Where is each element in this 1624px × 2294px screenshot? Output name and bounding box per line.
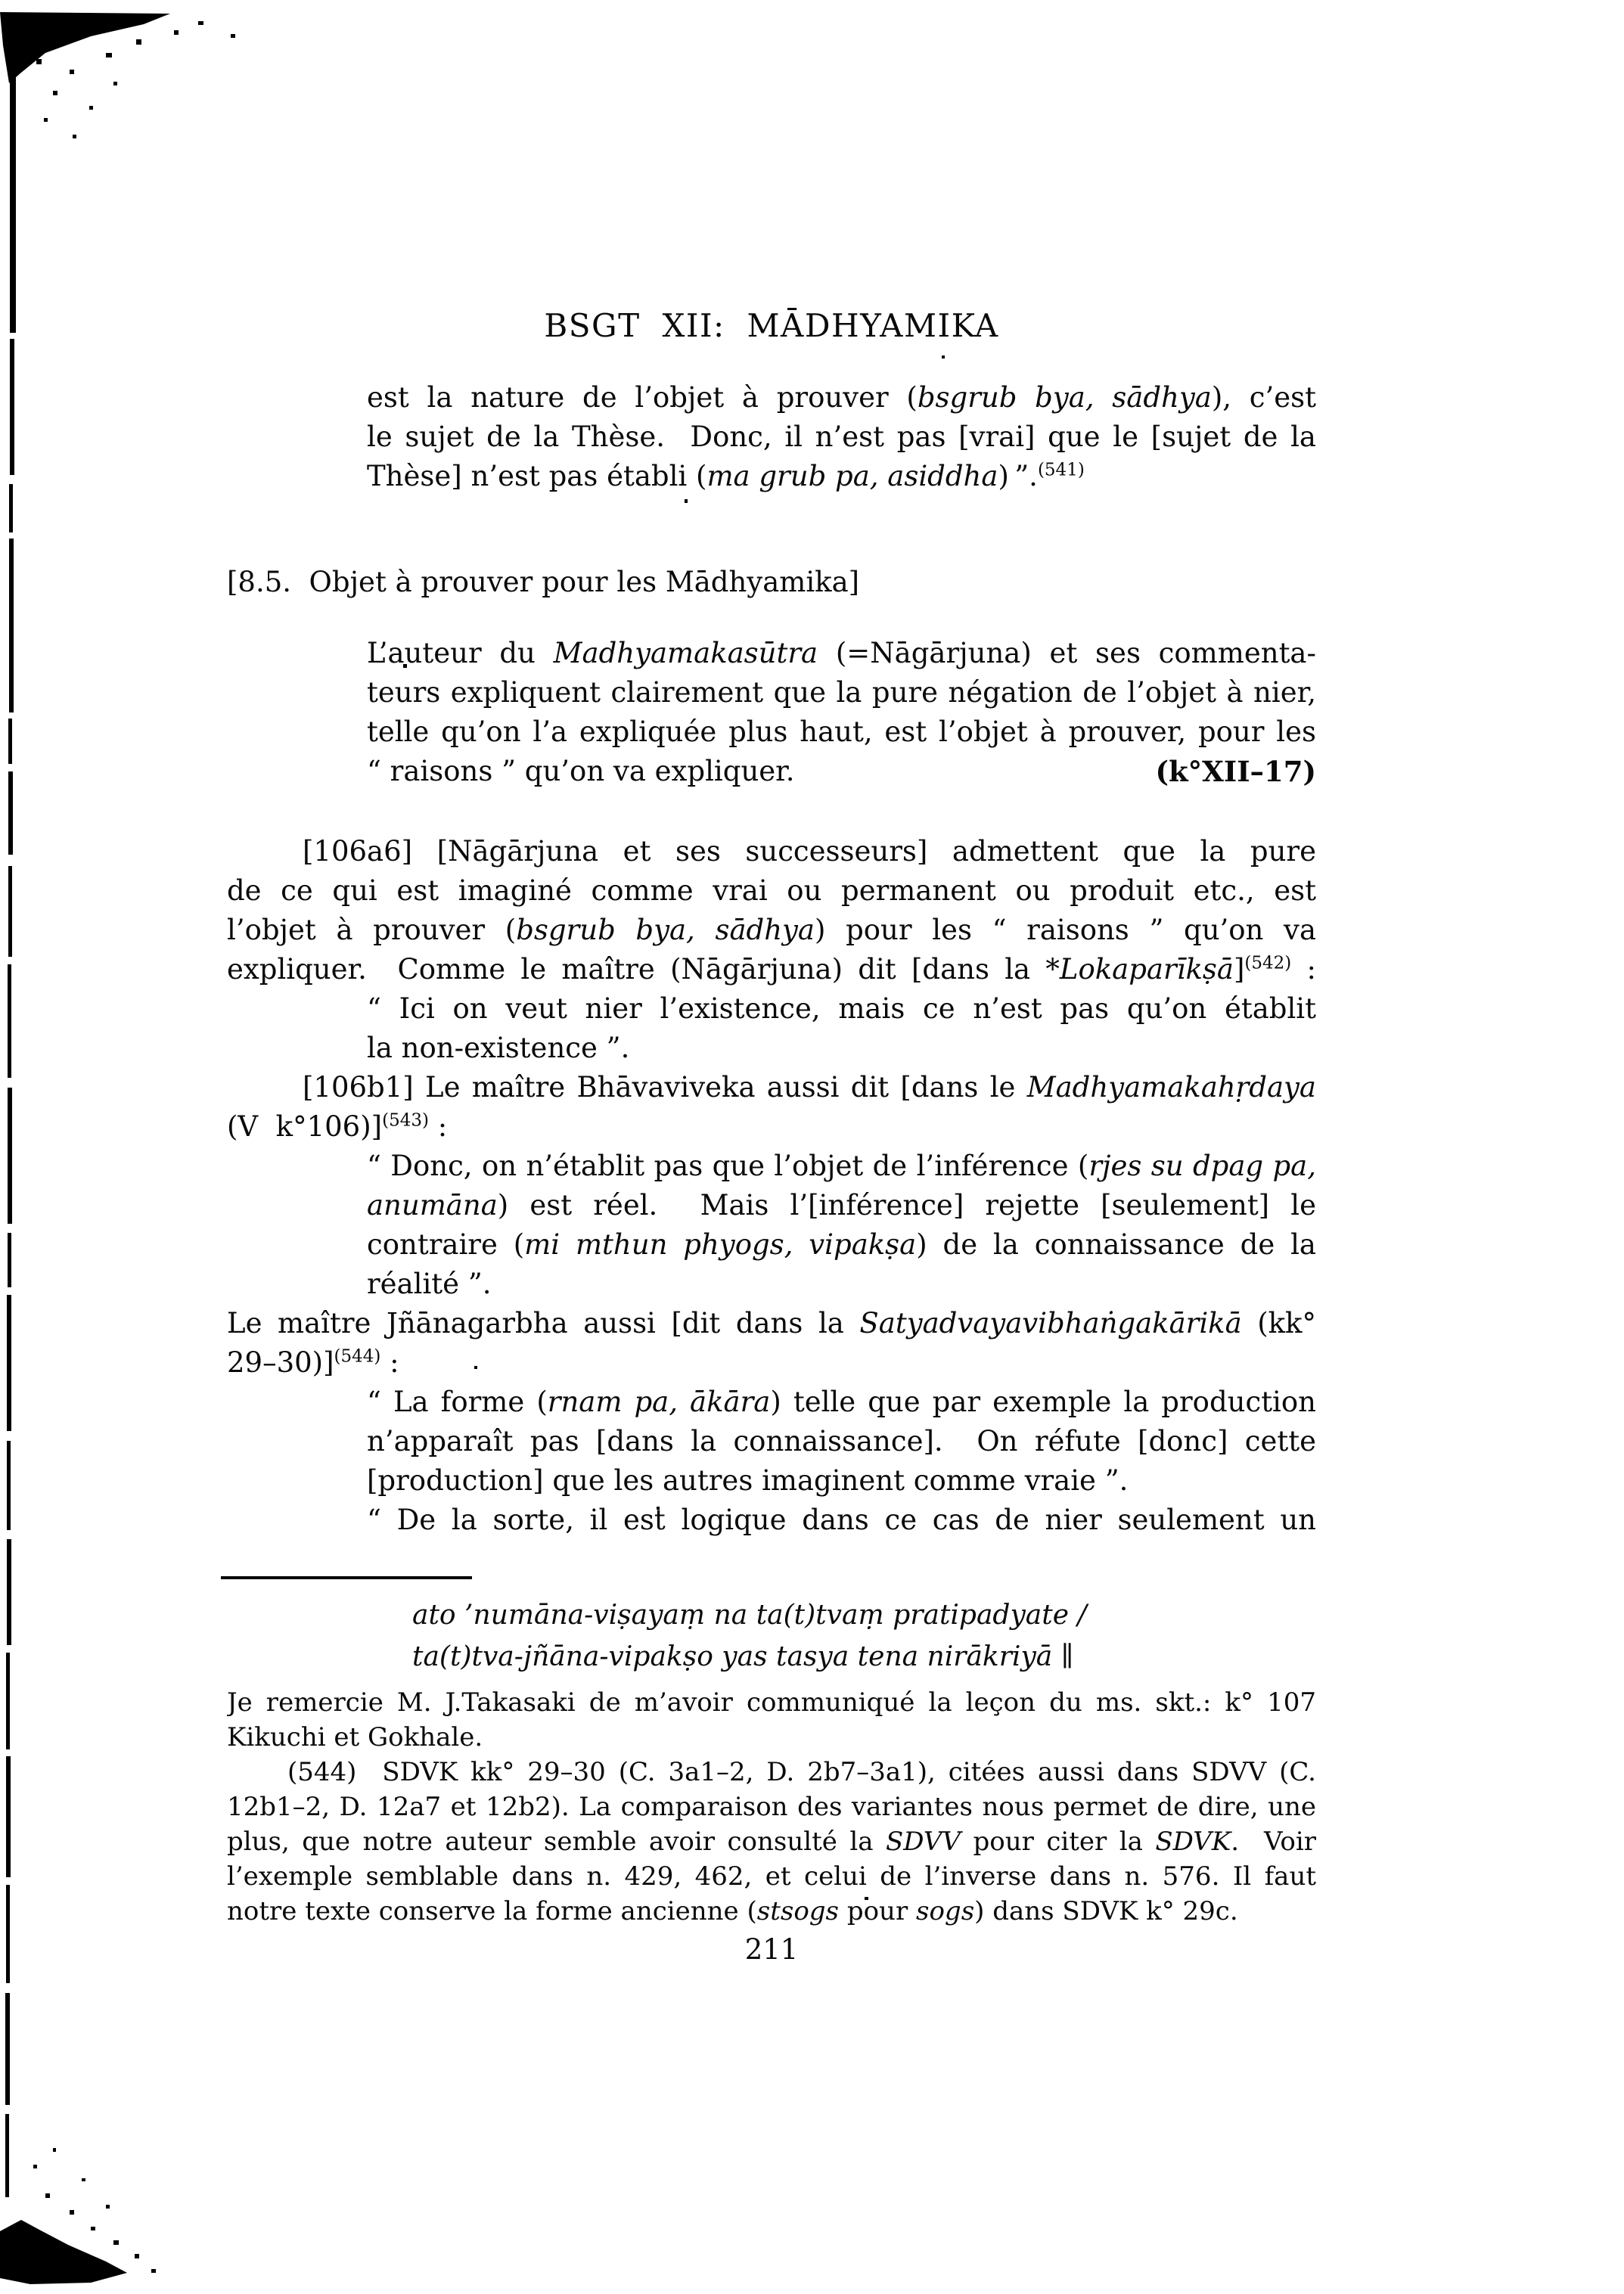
- text-segment: “ La forme (: [367, 1386, 548, 1418]
- text-segment: l’exemple semblable dans n. 429, 462, et…: [227, 1861, 1316, 1894]
- text-segment: 29–30)]: [227, 1346, 334, 1379]
- text-segment: réalité ”.: [367, 1268, 492, 1300]
- text-segment: “ De la sorte, il est logique dans ce ca…: [367, 1504, 1316, 1536]
- text-line: réalité ”.: [367, 1265, 1316, 1304]
- text-segment: n’apparaît pas [dans la connaissance]. O…: [367, 1425, 1316, 1457]
- text-line: le sujet de la Thèse. Donc, il n’est pas…: [367, 418, 1316, 457]
- text-line: notre texte conserve la forme ancienne (…: [227, 1894, 1316, 1929]
- text-segment: contraire (: [367, 1228, 524, 1261]
- footnote-separator: [221, 1576, 472, 1579]
- footnote-543-continuation: Je remercie M. J.Takasaki de m’avoir com…: [227, 1685, 1316, 1755]
- text-segment: le sujet de la Thèse. Donc, il n’est pas…: [367, 421, 1316, 453]
- text-segment: “ Ici on veut nier l’existence, mais ce …: [367, 992, 1316, 1025]
- paragraph-jnanagarbha: Le maître Jñānagarbha aussi [dit dans la…: [227, 1304, 1316, 1383]
- text-segment: “ Donc, on n’établit pas que l’objet de …: [367, 1150, 1088, 1182]
- text-line: Le maître Jñānagarbha aussi [dit dans la…: [227, 1304, 1316, 1343]
- text-segment: ta(t)tva-jñāna-vipakṣo yas tasya tena ni…: [412, 1641, 1073, 1672]
- text-segment: [production] que les autres imaginent co…: [367, 1464, 1128, 1497]
- text-segment: “ raisons ” qu’on va expliquer.: [367, 755, 795, 787]
- text-segment: SDVK: [1155, 1827, 1231, 1857]
- text-segment: [8.5. Objet à prouver pour les Mādhyamik…: [227, 566, 859, 598]
- text-segment: Madhyamakasūtra: [554, 637, 818, 669]
- text-segment: :: [380, 1346, 399, 1379]
- text-segment: Thèse] n’est pas établi (: [367, 460, 706, 492]
- footnote-marker: (544): [334, 1347, 381, 1367]
- text-line: [106a6] [Nāgārjuna et ses successeurs] a…: [227, 832, 1316, 871]
- text-line: plus, que notre auteur semble avoir cons…: [227, 1824, 1316, 1859]
- verse-summary-paragraph: L’auteur du Madhyamakasūtra (=Nāgārjuna)…: [367, 634, 1316, 791]
- text-line: est la nature de l’objet à prouver (bsgr…: [367, 378, 1316, 418]
- text-segment: Le maître Jñānagarbha aussi [dit dans la: [227, 1307, 859, 1339]
- footnote-544: (544) SDVK kk° 29–30 (C. 3a1–2, D. 2b7–3…: [227, 1755, 1316, 1929]
- text-line: 29–30)](544) :: [227, 1343, 1316, 1383]
- text-segment: notre texte conserve la forme ancienne (: [227, 1896, 757, 1926]
- text-segment: ) dans SDVK k° 29c.: [974, 1896, 1238, 1926]
- text-segment: [106a6] [Nāgārjuna et ses successeurs] a…: [303, 835, 1316, 871]
- text-segment: ma grub pa, asiddha: [706, 460, 998, 492]
- text-line: anumāna) est réel. Mais l’[inférence] re…: [367, 1186, 1316, 1225]
- text-segment: Je remercie M. J.Takasaki de m’avoir com…: [227, 1687, 1316, 1720]
- text-segment: Madhyamakahṛdaya: [1027, 1071, 1316, 1104]
- text-line: telle qu’on l’a expliquée plus haut, est…: [367, 712, 1316, 752]
- text-line: “ De la sorte, il est logique dans ce ca…: [367, 1501, 1316, 1540]
- text-line: [106b1] Le maître Bhāvaviveka aussi dit …: [227, 1068, 1316, 1107]
- text-segment: ) ”.: [998, 460, 1038, 492]
- text-segment: rnam pa, ākāra: [548, 1386, 771, 1418]
- scan-blob-bottom-left: [0, 2220, 127, 2284]
- text-line: l’exemple semblable dans n. 429, 462, et…: [227, 1859, 1316, 1894]
- text-line: Kikuchi et Gokhale.: [227, 1720, 1316, 1755]
- text-segment: stsogs: [757, 1896, 839, 1926]
- text-segment: ), c’est: [1212, 381, 1316, 414]
- quote-satyadvaya: “ La forme (rnam pa, ākāra) telle que pa…: [367, 1383, 1316, 1540]
- text-segment: de ce qui est imaginé comme vrai ou perm…: [227, 874, 1316, 907]
- text-segment: [106b1] Le maître Bhāvaviveka aussi dit …: [303, 1071, 1027, 1104]
- text-line: n’apparaît pas [dans la connaissance]. O…: [367, 1422, 1316, 1461]
- text-line: [8.5. Objet à prouver pour les Mādhyamik…: [227, 563, 1316, 602]
- text-segment: pour: [839, 1896, 916, 1926]
- text-segment: (k°XII–17): [1156, 755, 1316, 788]
- text-line: “ La forme (rnam pa, ākāra) telle que pa…: [367, 1383, 1316, 1422]
- text-segment: (kk°: [1242, 1307, 1316, 1339]
- verse-reference: (k°XII–17): [1156, 752, 1316, 791]
- text-segment: (544) SDVK kk° 29–30 (C. 3a1–2, D. 2b7–3…: [287, 1757, 1316, 1790]
- text-line: L’auteur du Madhyamakasūtra (=Nāgārjuna)…: [367, 634, 1316, 673]
- footnote-marker: (542): [1244, 954, 1291, 973]
- scan-blob-top-left: [0, 12, 170, 83]
- text-segment: expliquer. Comme le maître (Nāgārjuna) d…: [227, 953, 1060, 986]
- text-line: “ Donc, on n’établit pas que l’objet de …: [367, 1147, 1316, 1186]
- text-line: [production] que les autres imaginent co…: [367, 1461, 1316, 1501]
- text-segment: l’objet à prouver (: [227, 914, 516, 946]
- paragraph-106a6: [106a6] [Nāgārjuna et ses successeurs] a…: [227, 832, 1316, 989]
- section-heading: [8.5. Objet à prouver pour les Mādhyamik…: [227, 563, 1316, 602]
- text-line: 12b1–2, D. 12a7 et 12b2). La comparaison…: [227, 1790, 1316, 1824]
- footnote-marker: (541): [1038, 461, 1085, 480]
- text-segment: la non-existence ”.: [367, 1032, 629, 1064]
- text-segment: SDVV: [886, 1827, 961, 1857]
- text-segment: est la nature de l’objet à prouver (: [367, 381, 918, 414]
- text-segment: telle qu’on l’a expliquée plus haut, est…: [367, 716, 1316, 748]
- text-segment: (V k°106)]: [227, 1110, 382, 1143]
- quote-lokapariksa: “ Ici on veut nier l’existence, mais ce …: [367, 989, 1316, 1068]
- text-segment: 12b1–2, D. 12a7 et 12b2). La comparaison…: [227, 1792, 1316, 1824]
- text-segment: Satyadvayavibhaṅgakārikā: [859, 1307, 1241, 1339]
- text-segment: ) telle que par exemple la production: [770, 1386, 1316, 1418]
- text-line: la non-existence ”.: [367, 1029, 1316, 1068]
- paragraph-106b1: [106b1] Le maître Bhāvaviveka aussi dit …: [227, 1068, 1316, 1147]
- text-line: l’objet à prouver (bsgrub bya, sādhya) p…: [227, 911, 1316, 950]
- text-line: ta(t)tva-jñāna-vipakṣo yas tasya tena ni…: [412, 1636, 1316, 1678]
- text-line: teurs expliquent clairement que la pure …: [367, 673, 1316, 712]
- text-segment: ) pour les “ raisons ” qu’on va: [815, 914, 1316, 946]
- text-line: Thèse] n’est pas établi (ma grub pa, asi…: [367, 457, 1316, 496]
- text-line: de ce qui est imaginé comme vrai ou perm…: [227, 871, 1316, 911]
- text-segment: ]: [1234, 953, 1244, 986]
- running-head: BSGT XII: MĀDHYAMIKA: [227, 309, 1316, 343]
- text-segment: Lokaparīkṣā: [1060, 953, 1234, 986]
- text-line: expliquer. Comme le maître (Nāgārjuna) d…: [227, 950, 1316, 989]
- scanned-page: BSGT XII: MĀDHYAMIKA est la nature de l’…: [0, 0, 1624, 2294]
- opening-quote-paragraph: est la nature de l’objet à prouver (bsgr…: [367, 378, 1316, 496]
- text-segment: L’auteur du: [367, 637, 554, 669]
- text-segment: :: [429, 1110, 447, 1143]
- text-line: (V k°106)](543) :: [227, 1107, 1316, 1147]
- text-segment: teurs expliquent clairement que la pure …: [367, 676, 1316, 709]
- text-segment: anumāna: [367, 1189, 498, 1222]
- text-segment: :: [1291, 953, 1316, 986]
- text-segment: mi mthun phyogs, vipakṣa: [524, 1228, 916, 1261]
- text-segment: ato ’numāna-viṣayaṃ na ta(t)tvaṃ pratipa…: [412, 1600, 1087, 1631]
- text-line: (544) SDVK kk° 29–30 (C. 3a1–2, D. 2b7–3…: [227, 1755, 1316, 1790]
- footnote-marker: (543): [382, 1111, 429, 1131]
- text-line: ato ’numāna-viṣayaṃ na ta(t)tvaṃ pratipa…: [412, 1594, 1316, 1636]
- text-segment: sogs: [916, 1896, 974, 1926]
- text-segment: rjes su dpag pa,: [1088, 1150, 1316, 1182]
- text-segment: (=Nāgārjuna) et ses commenta-: [818, 637, 1316, 669]
- text-line: contraire (mi mthun phyogs, vipakṣa) de …: [367, 1225, 1316, 1265]
- text-column: BSGT XII: MĀDHYAMIKA est la nature de l’…: [227, 309, 1316, 1967]
- text-segment: ) de la connaissance de la: [916, 1228, 1316, 1261]
- quote-madhyamakahrdaya: “ Donc, on n’établit pas que l’objet de …: [367, 1147, 1316, 1304]
- text-line: Je remercie M. J.Takasaki de m’avoir com…: [227, 1685, 1316, 1720]
- text-segment: bsgrub bya, sādhya: [918, 381, 1212, 414]
- text-segment: ) est réel. Mais l’[inférence] rejette […: [498, 1189, 1316, 1222]
- text-segment: bsgrub bya, sādhya: [516, 914, 815, 946]
- text-line: “ raisons ” qu’on va expliquer.(k°XII–17…: [367, 752, 1316, 791]
- text-line: “ Ici on veut nier l’existence, mais ce …: [367, 989, 1316, 1029]
- text-segment: “ raisons ” qu’on va expliquer.: [367, 752, 795, 791]
- text-segment: pour citer la: [961, 1827, 1155, 1857]
- page-number: 211: [227, 1933, 1316, 1967]
- text-segment: plus, que notre auteur semble avoir cons…: [227, 1827, 886, 1857]
- footnote-sanskrit-verse: ato ’numāna-viṣayaṃ na ta(t)tvaṃ pratipa…: [412, 1594, 1316, 1678]
- text-segment: . Voir: [1231, 1827, 1316, 1857]
- text-segment: Kikuchi et Gokhale.: [227, 1722, 483, 1752]
